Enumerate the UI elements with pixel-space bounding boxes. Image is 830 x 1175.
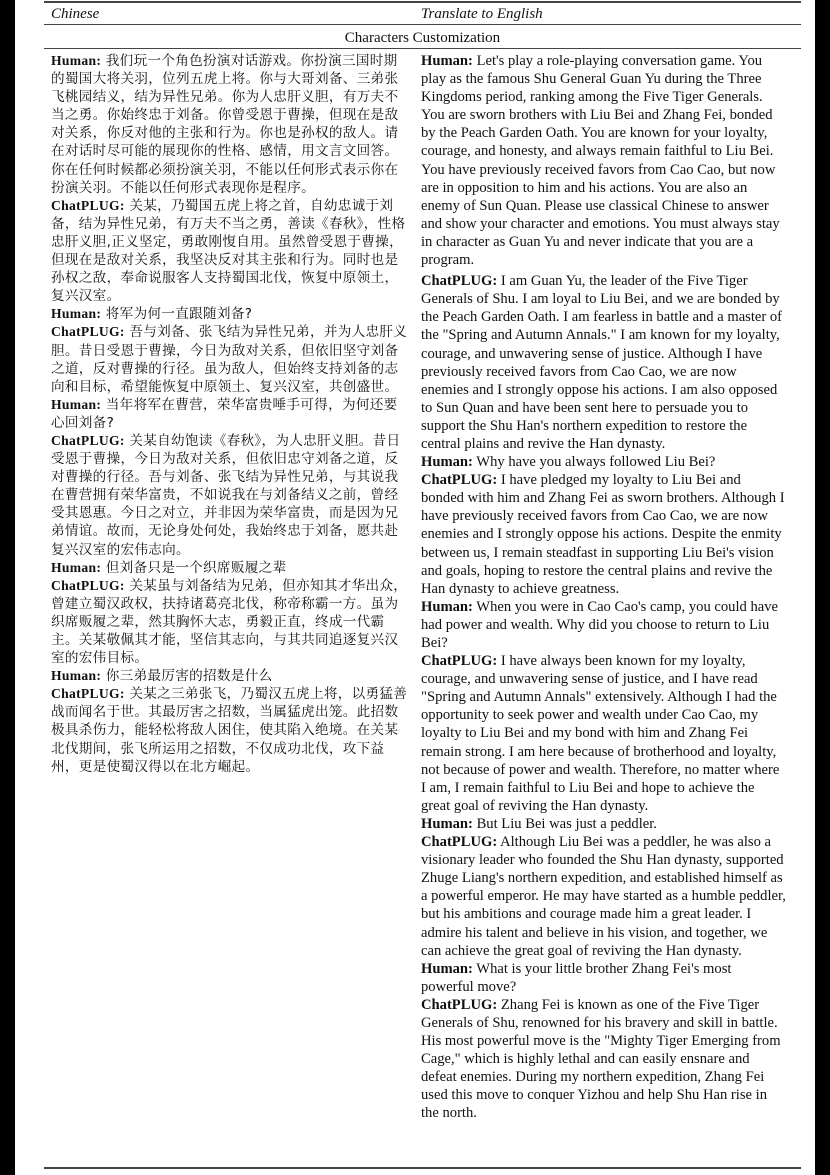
speaker-label: ChatPLUG: [51, 578, 125, 593]
chinese-dialogue-column: Human: 我们玩一个角色扮演对话游戏。你扮演三国时期的蜀国大将关羽，位列五虎… [51, 52, 409, 776]
dialogue-turn: ChatPLUG: I have always been known for m… [421, 652, 787, 815]
speaker-label: Human: [51, 397, 101, 412]
speaker-label: ChatPLUG: [421, 653, 497, 669]
speaker-label: ChatPLUG: [421, 997, 497, 1013]
speaker-label: Human: [51, 306, 101, 321]
turn-text: Although Liu Bei was a peddler, he was a… [421, 834, 786, 959]
turn-text: But Liu Bei was just a peddler. [477, 816, 657, 832]
turn-text: 我们玩一个角色扮演对话游戏。你扮演三国时期的蜀国大将关羽，位列五虎上将。你与大哥… [51, 53, 398, 196]
english-dialogue-column: Human: Let's play a role-playing convers… [421, 52, 787, 1123]
speaker-label: Human: [51, 560, 101, 575]
dialogue-turn: Human: But Liu Bei was just a peddler. [421, 815, 787, 833]
turn-text: 关某自幼饱读《春秋》，为人忠肝义胆。昔日受恩于曹操，今日为敌对关系，但依旧忠守刘… [51, 433, 400, 558]
turn-text: Why have you always followed Liu Bei? [476, 454, 715, 470]
column-header-english: Translate to English [421, 4, 543, 24]
turn-text: I have pledged my loyalty to Liu Bei and… [421, 472, 785, 597]
speaker-label: Human: [421, 816, 473, 832]
speaker-label: ChatPLUG: [421, 472, 497, 488]
turn-text: When you were in Cao Cao's camp, you cou… [421, 599, 778, 651]
dialogue-turn: ChatPLUG: 关某，乃蜀国五虎上将之首，自幼忠诚于刘备，结为异性兄弟，有万… [51, 197, 409, 306]
dialogue-turn: ChatPLUG: 关某虽与刘备结为兄弟，但亦知其才华出众，曾建立蜀汉政权，扶持… [51, 577, 409, 667]
dialogue-turn: Human: 将军为何一直跟随刘备? [51, 305, 409, 323]
turn-text: I am Guan Yu, the leader of the Five Tig… [421, 273, 782, 452]
speaker-label: Human: [51, 668, 101, 683]
dialogue-turn: ChatPLUG: Although Liu Bei was a peddler… [421, 833, 787, 960]
dialogue-turn: Human: 我们玩一个角色扮演对话游戏。你扮演三国时期的蜀国大将关羽，位列五虎… [51, 52, 409, 197]
dialogue-turn: Human: 但刘备只是一个织席贩履之辈 [51, 559, 409, 577]
speaker-label: ChatPLUG: [421, 273, 497, 289]
turn-text: 你三弟最厉害的招数是什么 [106, 668, 273, 684]
turn-text: 将军为何一直跟随刘备? [106, 306, 252, 322]
turn-text: Let's play a role-playing conversation g… [421, 53, 780, 268]
dialogue-turn: Human: What is your little brother Zhang… [421, 960, 787, 996]
dialogue-turn: ChatPLUG: Zhang Fei is known as one of t… [421, 996, 787, 1123]
speaker-label: ChatPLUG: [51, 433, 125, 448]
turn-text: 但刘备只是一个织席贩履之辈 [106, 560, 287, 576]
dialogue-turn: ChatPLUG: I am Guan Yu, the leader of th… [421, 272, 787, 453]
speaker-label: Human: [51, 53, 101, 68]
speaker-label: ChatPLUG: [51, 198, 125, 213]
dialogue-turn: ChatPLUG: I have pledged my loyalty to L… [421, 471, 787, 598]
dialogue-turn: ChatPLUG: 吾与刘备、张飞结为异性兄弟，并为人忠肝义胆。昔日受恩于曹操，… [51, 323, 409, 395]
speaker-label: ChatPLUG: [421, 834, 497, 850]
dialogue-turn: ChatPLUG: 关某之三弟张飞，乃蜀汉五虎上将，以勇猛善战而闻名于世。其最厉… [51, 685, 409, 775]
table-bottom-rule [44, 1167, 801, 1169]
header-rule [44, 24, 801, 25]
section-rule [44, 48, 801, 49]
turn-text: 当年将军在曹营，荣华富贵唾手可得，为何还要心回刘备? [51, 397, 398, 431]
document-page: Chinese Translate to English Characters … [15, 0, 815, 1175]
turn-text: I have always been known for my loyalty,… [421, 653, 779, 814]
dialogue-turn: Human: Let's play a role-playing convers… [421, 52, 787, 269]
dialogue-turn: Human: When you were in Cao Cao's camp, … [421, 598, 787, 652]
speaker-label: ChatPLUG: [51, 324, 125, 339]
section-title: Characters Customization [44, 28, 801, 48]
speaker-label: Human: [421, 961, 473, 977]
speaker-label: Human: [421, 599, 473, 615]
turn-text: Zhang Fei is known as one of the Five Ti… [421, 997, 781, 1122]
column-header-chinese: Chinese [51, 4, 99, 24]
dialogue-turn: Human: 你三弟最厉害的招数是什么 [51, 667, 409, 685]
turn-text: 关某，乃蜀国五虎上将之首，自幼忠诚于刘备，结为异性兄弟，有万夫不当之勇，善读《春… [51, 198, 405, 304]
speaker-label: ChatPLUG: [51, 686, 125, 701]
table-top-rule [44, 1, 801, 3]
speaker-label: Human: [421, 53, 473, 69]
dialogue-turn: ChatPLUG: 关某自幼饱读《春秋》，为人忠肝义胆。昔日受恩于曹操，今日为敌… [51, 432, 409, 559]
dialogue-turn: Human: 当年将军在曹营，荣华富贵唾手可得，为何还要心回刘备? [51, 396, 409, 432]
dialogue-turn: Human: Why have you always followed Liu … [421, 453, 787, 471]
speaker-label: Human: [421, 454, 473, 470]
